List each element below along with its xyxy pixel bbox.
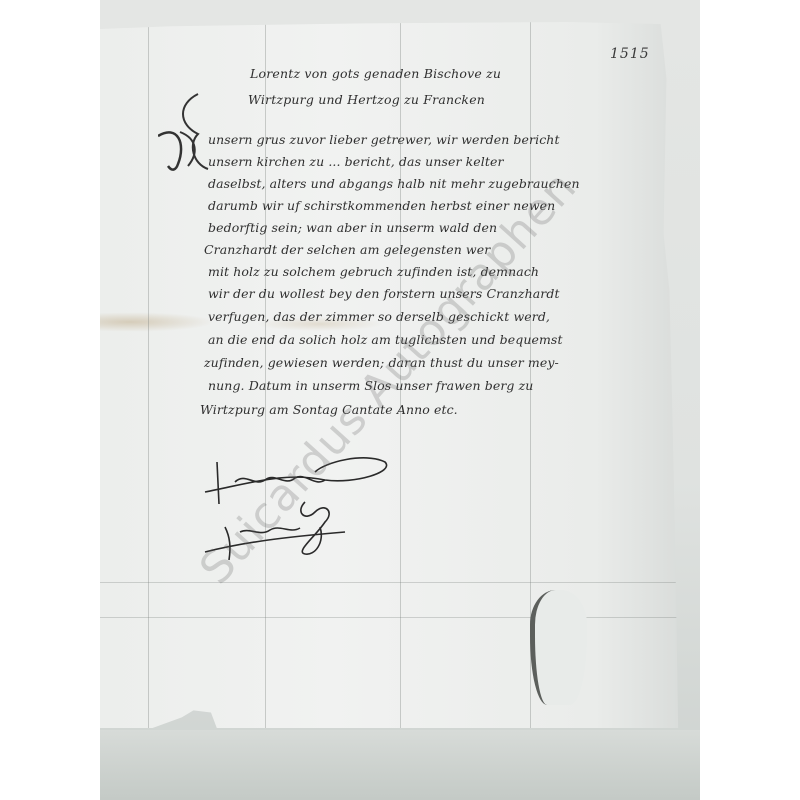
body-line: unsern kirchen zu ... bericht, das unser… (208, 154, 504, 169)
fold-line (265, 22, 266, 728)
fold-line (148, 22, 149, 728)
body-line: wir der du wollest bey den forstern unse… (208, 286, 560, 301)
backing-board (100, 730, 700, 800)
heading-line-1: Lorentz von gots genaden Bischove zu (250, 66, 501, 81)
heading-line-2: Wirtzpurg und Hertzog zu Francken (248, 92, 485, 107)
year-annotation: 1515 (610, 46, 650, 62)
fold-line (100, 582, 682, 583)
body-line: verfugen, das der zimmer so derselb gesc… (208, 309, 550, 324)
fold-line (100, 617, 682, 618)
paper-tear-hole (530, 590, 587, 705)
body-line: Cranzhardt der selchen am gelegensten we… (204, 242, 490, 257)
body-line: unsern grus zuvor lieber getrewer, wir w… (208, 132, 560, 147)
body-line: bedorftig sein; wan aber in unserm wald … (208, 220, 497, 235)
document-photo: 1515 Lorentz von gots genaden Bischove z… (100, 0, 700, 800)
